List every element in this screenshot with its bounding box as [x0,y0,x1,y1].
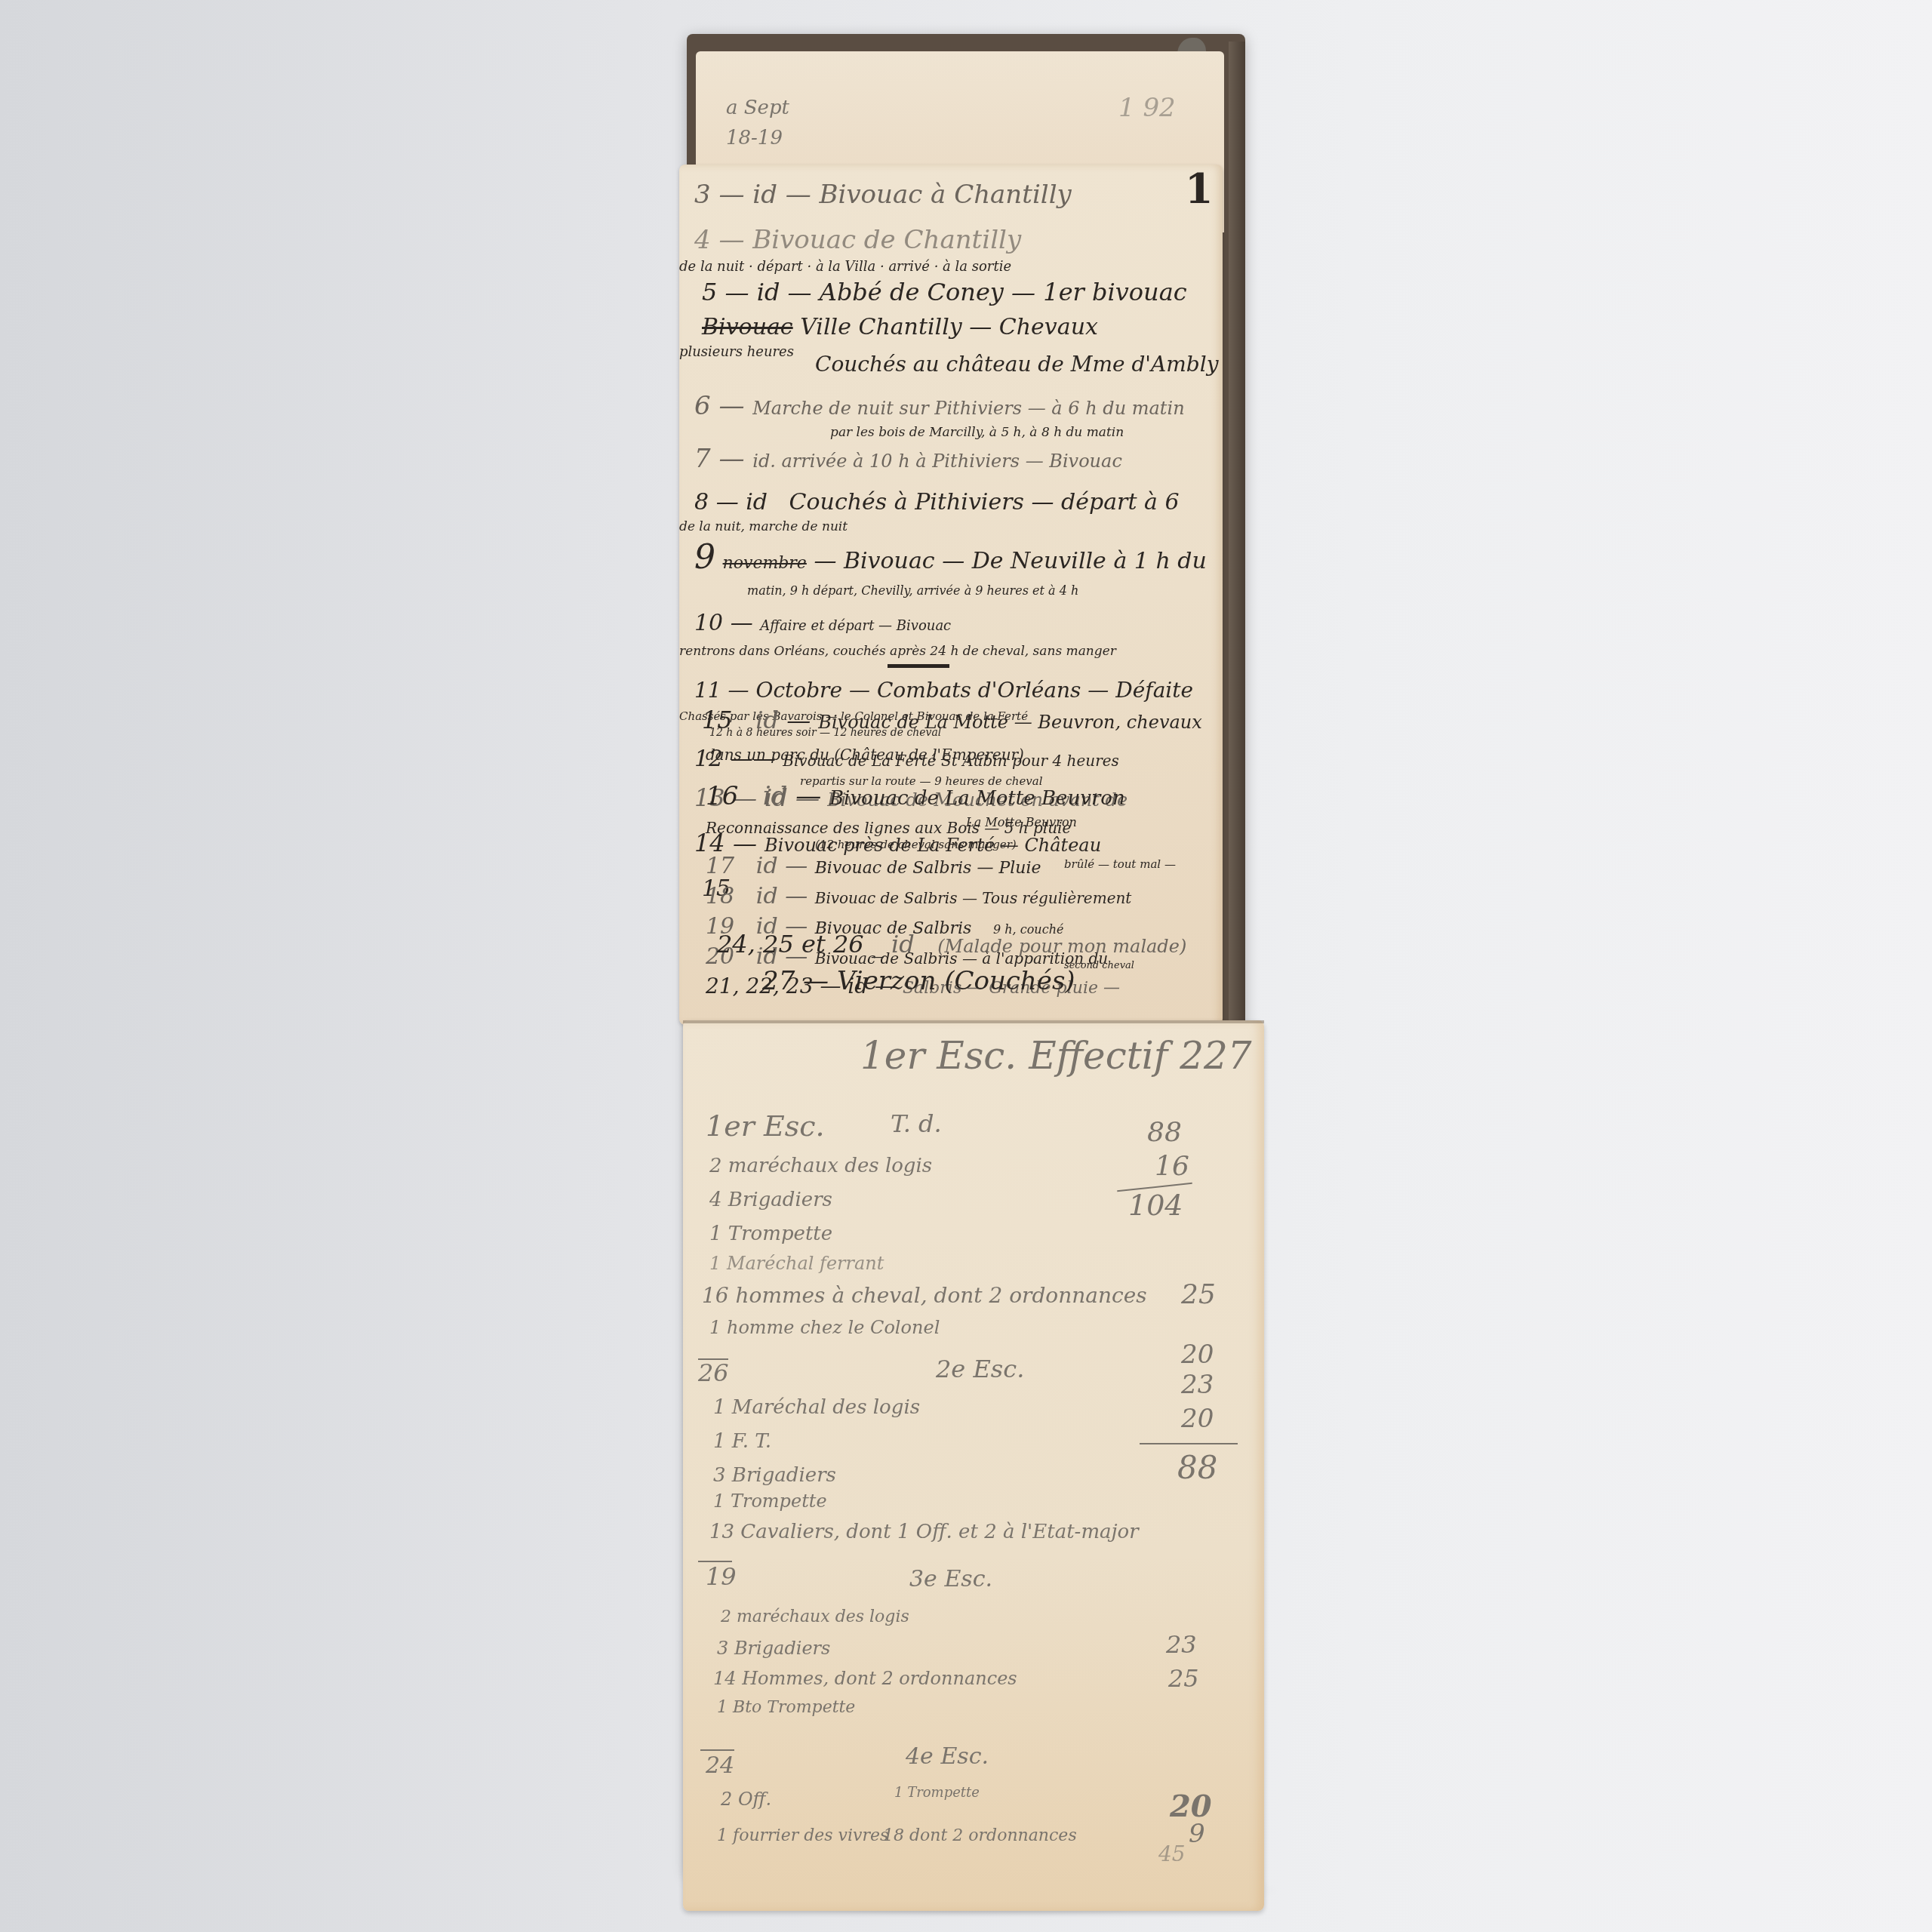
column-total: 88 [1177,1449,1217,1486]
entry-day: 6 [694,391,711,421]
item-desc: Maréchal ferrant [727,1253,884,1274]
entry-day: 7 [694,444,711,474]
margin-note: plusieurs heures [679,344,794,360]
item-qty: 3 [717,1638,728,1659]
interlinear-note: par les bois de Marcilly, à 5 h, à 8 h d… [830,425,1124,440]
item-desc: maréchaux des logis [728,1155,932,1177]
item-desc: maréchaux des logis [737,1607,909,1626]
column-value: 45 [1158,1841,1186,1866]
entry-day: 5 [702,278,717,306]
item-desc: Bto Trompette [733,1698,855,1717]
continuation-note: dans un parc du (Château de l'Empereur) [706,746,1024,764]
item-desc: F. T. [732,1430,771,1453]
item-desc: Brigadiers [734,1638,831,1659]
entry-text: Bivouac de Salbris — Pluie [815,859,1041,878]
entry-day: 15 [702,706,733,734]
entry-ditto: id [752,180,777,210]
margin-note: rentrons dans Orléans, couchés après 24 … [679,644,1116,659]
entry-day: 11 [694,678,721,703]
ink-bar [888,664,949,668]
item-qty: 1 [713,1396,726,1419]
column-value: 88 [1147,1117,1182,1148]
entry-day: 27 [762,966,795,996]
entry-ditto: id [756,853,778,879]
column-value: 25 [1168,1664,1199,1693]
entry-day: 18 [706,883,734,909]
item-qty: 1 [709,1253,721,1274]
item-qty: 1 [709,1223,722,1245]
item-qty: 4 [709,1189,722,1211]
item-qty: 16 [702,1283,729,1308]
section-label: 26 [698,1358,729,1387]
item-qty: 1 [709,1317,721,1338]
page-fold [683,1020,1264,1023]
entry-text: (Malade pour mon malade) [937,936,1186,957]
continuation-note: Reconnaissance des lignes aux Bois — 5 h… [706,819,1071,837]
superscript-note: 1 Trompette [894,1785,980,1801]
item-qty: 3 [713,1464,726,1487]
item-qty: 2 [709,1155,722,1177]
item-qty: 2 [721,1607,731,1626]
item-desc: Cavaliers, dont 1 Off. et 2 à l'Etat-maj… [740,1521,1138,1543]
interlinear-note: matin, 9 h départ, Chevilly, arrivée à 9… [747,583,1078,598]
entry-day: 16 [706,781,738,811]
item-qty: 1 [713,1430,726,1453]
continuation-note: brûlé — tout mal — [1064,857,1176,871]
entry-text: Affaire et départ — Bivouac [760,618,951,634]
entry-ditto: id [757,278,780,306]
interlinear-note: (12 heures de cheval sans manger) [815,838,1017,851]
entry-text: Bivouac de Salbris — Tous régulièrement [815,889,1132,907]
entry-day: 8 [694,489,709,515]
item-desc: homme chez le Colonel [727,1317,940,1338]
item-desc: Hommes, dont 2 ordonnances [742,1668,1017,1689]
entry-text: Vierzon (Couchés) [837,966,1075,996]
entry-day: 3 [694,180,711,210]
roster-header: 1er Esc. Effectif 227 [860,1034,1252,1078]
entry-day: 4 [694,225,711,255]
column-value: 9 [1189,1819,1205,1849]
entry-text: Marche de nuit sur Pithiviers — à 6 h du… [752,398,1184,419]
item-qty: 1 [717,1826,728,1845]
section-label: 24 [706,1752,734,1779]
item-desc: Brigadiers [728,1189,832,1211]
item-qty: 13 [709,1521,734,1543]
entry-text: Bivouac — De Neuville à 1 h du [844,548,1207,574]
item-qty: 18 [883,1826,904,1845]
section-sub: 3e Esc. [909,1566,992,1592]
entry-text: id. arrivée à 10 h à Pithiviers — Bivoua… [752,451,1122,472]
entry-text: Abbé de Coney — 1er bivouac [820,278,1187,306]
section-sub: 4e Esc. [906,1743,989,1770]
entry-ditto: id [746,489,768,515]
item-qty: 1 [713,1491,724,1512]
entry-text: Couchés au château de Mme d'Ambly [815,352,1219,377]
section-sub: 2e Esc. [936,1355,1024,1383]
entry-ditto: id [763,781,788,811]
column-value: 20 [1181,1340,1214,1370]
column-value: 25 [1181,1279,1216,1310]
section-label: 19 [706,1562,737,1591]
column-total: 104 [1128,1189,1183,1222]
entry-day: 17 [706,853,734,879]
entry-ditto: id [756,883,778,909]
item-desc: fourrier des vivres [733,1826,888,1845]
column-value: 23 [1166,1630,1197,1659]
item-qty: 14 [713,1668,737,1689]
section-label: 1er Esc. [706,1109,825,1143]
corner-note: 18-19 [726,127,783,149]
margin-note: de la nuit, marche de nuit [679,519,848,534]
item-desc: dont 2 ordonnances [909,1826,1077,1845]
margin-note: de la nuit · départ · à la Villa · arriv… [679,259,1011,275]
item-desc: Trompette [728,1223,832,1245]
corner-note: a Sept [726,97,789,119]
entry-text: Bivouac de Chantilly [752,225,1021,255]
column-value: 16 [1155,1151,1189,1182]
entry-ditto: id [755,706,779,734]
column-value: 23 [1181,1370,1214,1400]
item-desc: Maréchal des logis [732,1396,920,1419]
sum-rule [1140,1443,1238,1444]
entry-text: Couchés à Pithiviers — départ à 6 [789,489,1180,515]
item-desc: hommes à cheval, dont 2 ordonnances [736,1283,1147,1308]
item-qty: 2 [721,1789,732,1810]
entry-text: Bivouac de La Motte Beuvron [829,787,1125,810]
entry-day: 9 [694,538,715,577]
entry-text: Combats d'Orléans — Défaite [877,678,1193,703]
entry-ditto: novembre [723,554,807,573]
entry-text: Bivouac de La Motte — Beuvron, chevaux [818,712,1201,733]
entry-ditto: Octobre [755,678,842,703]
struck-text: Bivouac [702,314,793,340]
entry-ditto: id [891,930,915,958]
entry-text: Ville Chantilly — Chevaux [800,314,1098,340]
page-number: 1 92 [1118,93,1176,123]
item-desc: Brigadiers [732,1464,836,1487]
column-value: 20 [1181,1404,1214,1434]
entry-text: Bivouac à Chantilly [820,180,1072,210]
item-desc: Off. [738,1789,771,1810]
item-qty: 1 [717,1698,728,1717]
section-sub: T. d. [891,1109,942,1138]
section-rule [700,1749,734,1751]
page-mark: 1 [1185,165,1214,213]
entry-day: 10 [694,610,723,636]
entry-day: 24, 25 et 26 [717,930,864,958]
item-desc: Trompette [731,1491,827,1512]
